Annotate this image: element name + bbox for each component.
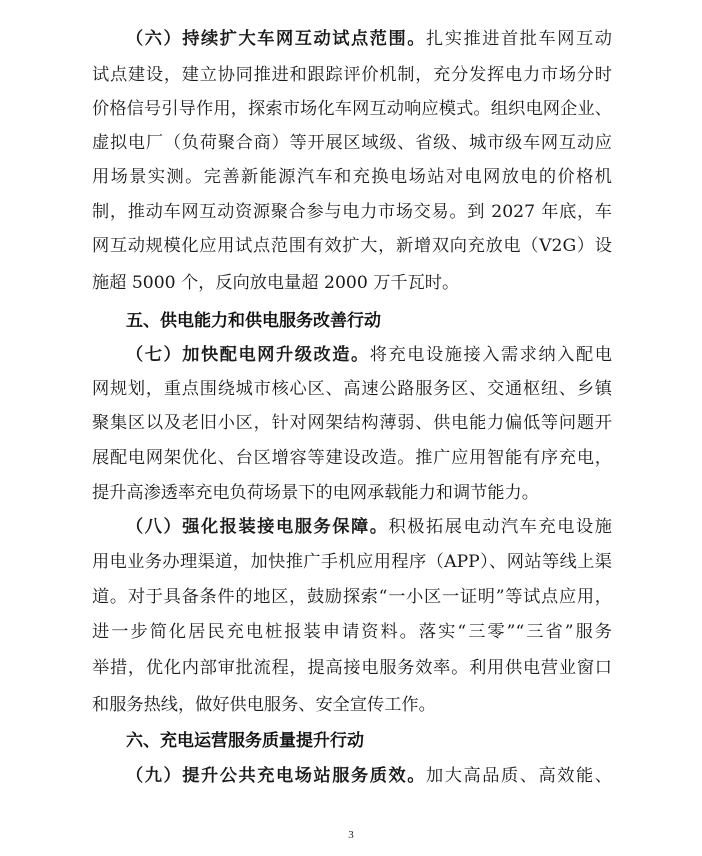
paragraph-line: 网互动规模化应用试点范围有效扩大，新增双向充放电（V2G）设 [92, 229, 612, 263]
paragraph-line: （八）强化报装接电服务保障。积极拓展电动汽车充电设施 [126, 510, 612, 544]
paragraph-line: 试点建设，建立协同推进和跟踪评价机制，充分发挥电力市场分时 [92, 58, 612, 92]
page-number: 3 [344, 829, 358, 841]
subheading-9: （九）提升公共充电场站服务质效。 [126, 766, 426, 786]
paragraph-line: 用场景实测。完善新能源汽车和充换电场站对电网放电的价格机 [92, 160, 612, 194]
paragraph-line: （九）提升公共充电场站服务质效。加大高品质、高效能、 [126, 759, 612, 793]
paragraph-line: 虚拟电厂（负荷聚合商）等开展区域级、省级、城市级车网互动应 [92, 126, 612, 160]
subheading-6: （六）持续扩大车网互动试点范围。 [126, 29, 426, 49]
paragraph-text: 将充电设施接入需求纳入配电 [370, 345, 612, 365]
paragraph-line: 展配电网架优化、台区增容等建设改造。推广应用智能有序充电， [92, 441, 612, 475]
subheading-8: （八）强化报装接电服务保障。 [126, 517, 389, 537]
paragraph-line: 用电业务办理渠道，加快推广手机应用程序（APP）、网站等线上渠 [92, 545, 612, 579]
paragraph-text: 扎实推进首批车网互动 [426, 29, 612, 49]
section-heading-6: 六、充电运营服务质量提升行动 [126, 724, 364, 758]
paragraph-line: 道。对于具备条件的地区，鼓励探索“一小区一证明”等试点应用， [92, 580, 612, 614]
subheading-7: （七）加快配电网升级改造。 [126, 345, 370, 365]
paragraph-line: 和服务热线，做好供电服务、安全宣传工作。 [92, 688, 612, 722]
paragraph-line: 进一步简化居民充电桩报装申请资料。落实“三零”“三省”服务 [92, 615, 612, 649]
paragraph-line: 举措，优化内部审批流程，提高接电服务效率。利用供电营业窗口 [92, 651, 612, 685]
paragraph-line: 施超 5000 个，反向放电量超 2000 万千瓦时。 [92, 266, 612, 300]
section-heading-5: 五、供电能力和供电服务改善行动 [126, 304, 381, 338]
paragraph-line: 网规划，重点围绕城市核心区、高速公路服务区、交通枢纽、乡镇 [92, 372, 612, 406]
paragraph-line: 价格信号引导作用，探索市场化车网互动响应模式。组织电网企业、 [92, 92, 612, 126]
document-page: （六）持续扩大车网互动试点范围。扎实推进首批车网互动 试点建设，建立协同推进和跟… [0, 0, 702, 856]
paragraph-text: 积极拓展电动汽车充电设施 [389, 517, 612, 537]
paragraph-line: （七）加快配电网升级改造。将充电设施接入需求纳入配电 [126, 338, 612, 372]
paragraph-text: 加大高品质、高效能、 [426, 766, 612, 786]
paragraph-line: 聚集区以及老旧小区，针对网架结构薄弱、供电能力偏低等问题开 [92, 406, 612, 440]
paragraph-line: 制，推动车网互动资源聚合参与电力市场交易。到 2027 年底，车 [92, 195, 612, 229]
paragraph-line: 提升高渗透率充电负荷场景下的电网承载能力和调节能力。 [92, 476, 612, 510]
paragraph-line: （六）持续扩大车网互动试点范围。扎实推进首批车网互动 [126, 22, 612, 56]
